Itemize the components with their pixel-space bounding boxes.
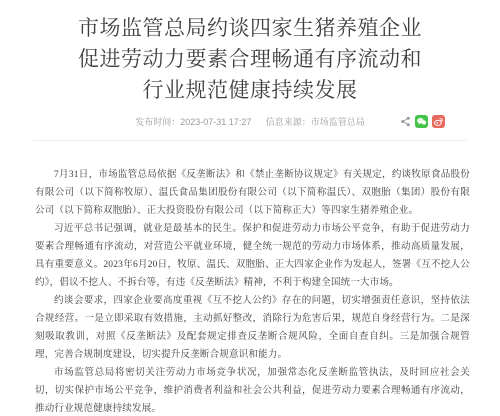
- title-line-1: 市场监管总局约谈四家生猪养殖企业: [20, 13, 480, 44]
- wechat-icon[interactable]: [415, 115, 428, 128]
- title-line-2: 促进劳动力要素合理畅通有序流动和: [20, 44, 480, 75]
- weibo-icon[interactable]: [432, 115, 445, 128]
- share-icon[interactable]: [400, 116, 411, 127]
- title-line-3: 行业规范健康持续发展: [20, 75, 480, 106]
- share-toolbar: [400, 115, 445, 128]
- divider: [33, 140, 467, 141]
- article-title: 市场监管总局约谈四家生猪养殖企业 促进劳动力要素合理畅通有序流动和 行业规范健康…: [20, 13, 480, 106]
- article-body: 7月31日，市场监管总局依据《反垄断法》和《禁止垄断协议规定》有关规定，约谈牧原…: [35, 166, 470, 416]
- article-paragraph: 市场监管总局将密切关注劳动力市场竞争状况，加强常态化反垄断监管执法，及时回应社会…: [35, 364, 470, 416]
- article-page: 市场监管总局约谈四家生猪养殖企业 促进劳动力要素合理畅通有序流动和 行业规范健康…: [0, 0, 500, 416]
- meta-row: 发布时间：2023-07-31 17:27信息来源：市场监管总局: [0, 114, 500, 130]
- publish-time-label: 发布时间：: [135, 117, 180, 127]
- source-label: 信息来源：: [266, 117, 311, 127]
- source-value: 市场监管总局: [311, 117, 365, 127]
- article-paragraph: 约谈会要求，四家企业要高度重视《互不挖人公约》存在的问题，切实增强责任意识，坚持…: [35, 292, 470, 364]
- publish-time-value: 2023-07-31 17:27: [180, 117, 251, 127]
- article-paragraph: 7月31日，市场监管总局依据《反垄断法》和《禁止垄断协议规定》有关规定，约谈牧原…: [35, 166, 470, 220]
- article-paragraph: 习近平总书记强调，就业是最基本的民生。保护和促进劳动力市场公平竞争，有助于促进劳…: [35, 220, 470, 292]
